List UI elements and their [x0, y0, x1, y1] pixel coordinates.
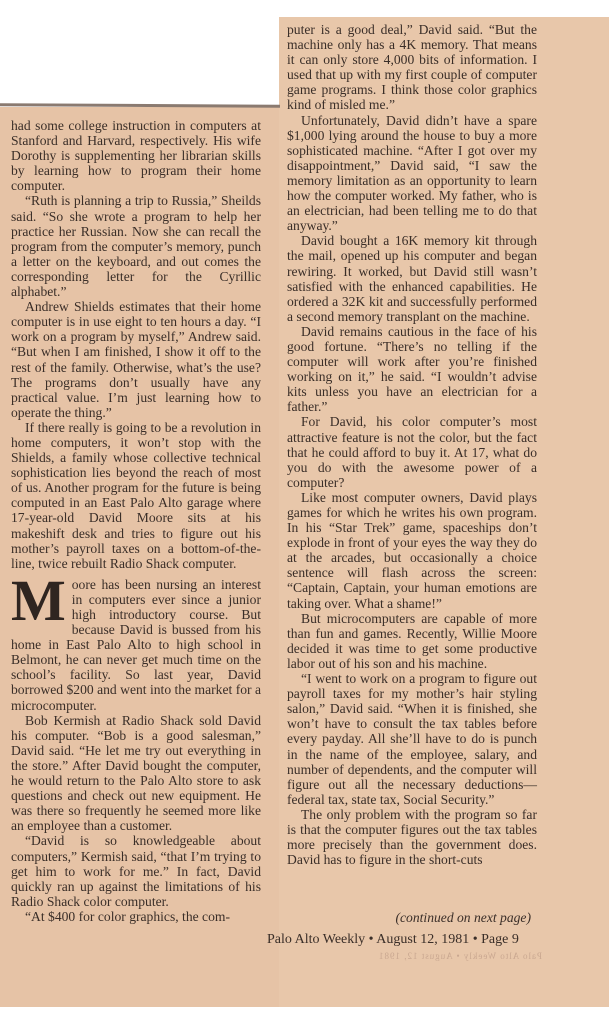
paragraph: Unfortunately, David didn’t have a spare…	[287, 113, 537, 234]
page-footer: Palo Alto Weekly • August 12, 1981 • Pag…	[267, 932, 567, 948]
paragraph: For David, his color computer’s most att…	[287, 414, 537, 489]
paragraph: Andrew Shields estimates that their home…	[11, 299, 261, 420]
paragraph: Bob Kermish at Radio Shack sold David hi…	[11, 713, 261, 834]
paragraph: The only problem with the program so far…	[287, 807, 537, 867]
dropcap-letter: M	[11, 579, 66, 623]
bleed-through-text: Palo Alto Weekly • August 12, 1981	[282, 951, 542, 961]
paragraph: David remains cautious in the face of hi…	[287, 324, 537, 415]
paragraph: had some college instruction in computer…	[11, 118, 261, 193]
paragraph: “Ruth is planning a trip to Russia,” She…	[11, 193, 261, 299]
dropcap-paragraph: Moore has been nursing an interest in co…	[11, 577, 261, 713]
paragraph: “At $400 for color graphics, the com-	[11, 909, 261, 924]
article-column-left: had some college instruction in computer…	[11, 118, 261, 924]
paragraph: But microcomputers are capable of more t…	[287, 611, 537, 671]
paragraph: If there really is going to be a revolut…	[11, 420, 261, 571]
paragraph: David bought a 16K memory kit through th…	[287, 233, 537, 324]
continued-notice: (continued on next page)	[387, 910, 531, 926]
paragraph: Like most computer owners, David plays g…	[287, 490, 537, 611]
paragraph: “I went to work on a program to figure o…	[287, 671, 537, 807]
article-column-right: puter is a good deal,” David said. “But …	[287, 22, 537, 867]
paragraph: “David is so knowledgeable about compute…	[11, 833, 261, 908]
paragraph: puter is a good deal,” David said. “But …	[287, 22, 537, 113]
